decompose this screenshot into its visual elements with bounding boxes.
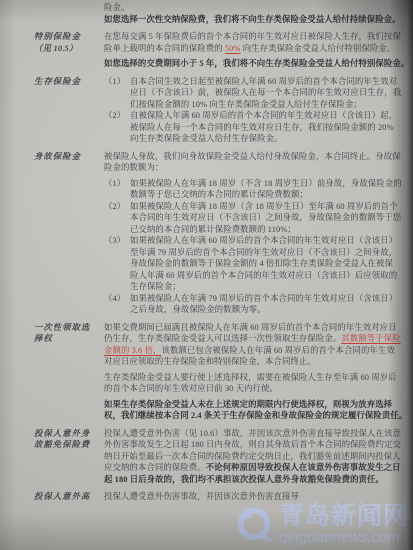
body-text: 如果被保险人在年满 18 周岁（含 18 周岁生日）至年满 60 周岁后的首个 <box>130 202 398 211</box>
text-line: 应日（不含该日）前，被保险人在每一个本合同的年生效对应日生存，我 <box>104 87 413 99</box>
text-line: 被保险人在每一个本合同的年生效对应日生存，我们按保险金额的 20% <box>104 122 413 134</box>
text-line: （2）自被保险人年满 60 周岁后的首个本合同的年生效对应日（含该日）起， <box>104 110 413 122</box>
item-number: （1） <box>104 178 130 190</box>
section-body: 投保人遭受意外伤害（见 10.6）事故，并因该次意外伤害直接导致投保人在该意外伤… <box>104 428 413 486</box>
red-annotated-text: 50% <box>225 44 241 53</box>
emphasized-text: 如果生存类保险金受益人未在上述规定的期限内行使选择权，则视为放弃选择 <box>104 400 392 409</box>
text-line: 险人年满 60 周岁后的首个本合同的年生效对应日（含该日）后应领取的 <box>104 270 413 282</box>
text-line: 生存类保险金受益人要行使上述选择权，需要在被保险人生存至年满 60 周岁后 <box>104 372 413 384</box>
emphasized-text: 不论何种原因导致投保人在该意外伤害事故发生之日 <box>206 463 401 472</box>
body-text: 们按保险金额的 10% 向生存类保险金受益人给付生存保险金； <box>130 100 362 109</box>
section-label-line: 一次性领取选 <box>34 322 104 334</box>
body-text: 如果被保险人在年满 18 周岁（不含 18 周岁生日）前身故，身故保险金的 <box>130 179 402 188</box>
watermark-url: qingdaonews.com <box>279 530 409 545</box>
red-annotated-text: 其数额等于保险 <box>341 334 400 343</box>
body-text: 之后身故，身故保险金的数额为零。 <box>130 305 266 314</box>
body-text: 纳日开始至最后一次本合同的保险费约定交纳日止，我们豁免前述期间内投保人 <box>104 452 401 461</box>
section-row: 一次性领取选择权如果交费期间已届满且被保险人在年满 60 周岁后的首个本合同的年… <box>0 322 413 422</box>
text-line: 对应日应领取的生存保险金和特别保险金，本合同终止。 <box>104 356 413 368</box>
body-text: 身故保险金的数额等于保险金额的 4 倍扣除生存类保险金受益人在被保 <box>130 259 393 268</box>
body-text: 被保险人在每一个本合同的年生效对应日生存，我们按保险金额的 20% <box>130 123 394 132</box>
body-text: 应交纳的本合同的保险费。 <box>104 463 206 472</box>
body-text: 自本合同生效之日起至被保险人年满 60 周岁后的首个本合同的年生效对 <box>130 77 397 86</box>
text-line: 如您选择一次性交纳保险费，我们将不向生存类保险金受益人给付持续保险金。 <box>104 14 413 26</box>
text-line: （3）如果被保险人在年满 60 周岁后的首个本合同的年生效对应日（含该日） <box>104 235 413 247</box>
body-text: 自被保险人年满 60 周岁后的首个本合同的年生效对应日（含该日）起， <box>130 111 397 120</box>
body-text: 的首个本合同的年生效对应日前 30 天内行使。 <box>104 384 278 393</box>
section-row: 投保人意外身故豁免保险费投保人遭受意外伤害（见 10.6）事故，并因该次意外伤害… <box>0 428 413 486</box>
body-text: 如果被保险人在年满 60 周岁后的首个本合同的年生效对应日（含该日） <box>130 236 397 245</box>
text-line: 数额等于您已交纳的本合同的累计保险费数额； <box>104 189 413 201</box>
text-line: 权，我们继续按本合同 2.4 条关于生存保险金和身故保险金的规定履行保险责任。 <box>104 410 413 422</box>
text-line: 生存保险金； <box>104 281 413 293</box>
body-text: 仍生存，生存类保险金受益人可以选择一次性领取生存保险金。 <box>104 334 341 343</box>
section-body: 投保人遭受意外伤害事故，并因该次意外伤害直接导 <box>104 491 413 503</box>
text-line: （4）如果被保险人在年满 79 周岁后的首个本合同的年生效对应日（含该日） <box>104 293 413 305</box>
body-text: 该数额已包含被保险人在年满 60 周岁后的首个本合同的年生效 <box>162 346 395 355</box>
body-text: 向生存类保险金受益人给付生存保险金。 <box>130 134 283 143</box>
text-line: 金额的 3.6 倍，该数额已包含被保险人在年满 60 周岁后的首个本合同的年生效 <box>104 345 413 357</box>
section-body: 在您每交满 5 年保险费后的首个本合同的年生效对应日被保险人生存，我们按保险单上… <box>104 31 413 70</box>
text-line: 险金。 <box>104 2 413 14</box>
text-line: （1）自本合同生效之日起至被保险人年满 60 周岁后的首个本合同的年生效对 <box>104 76 413 88</box>
text-line: （2）如果被保险人在年满 18 周岁（含 18 周岁生日）至年满 60 周岁后的… <box>104 201 413 213</box>
body-text: 在您每交满 5 年保险费后的首个本合同的年生效对应日被保险人生存，我们按保 <box>104 32 401 41</box>
text-line: 险单上载明的本合同的保险费的 50% 向生存类保险金受益人给付特别保险金。 <box>104 43 413 55</box>
section-row: 身故保险金被保险人身故，我们向身故保险金受益人给付身故保险金，本合同终止。身故保… <box>0 151 413 316</box>
emphasized-text: 如您选择的交费期间小于 5 年，我们将不向生存类保险金受益人给付特别保险金。 <box>104 59 409 68</box>
body-text: 外伤害事故发生之日起 180 日内身故，则自其身故后首个本合同的保险费约定交 <box>104 440 401 449</box>
body-text: 数额等于您已交纳的本合同的累计保险费数额； <box>130 190 308 199</box>
body-text: 险金。 <box>104 3 129 12</box>
body-text: 生存类保险金受益人要行使上述选择权，需要在被保险人生存至年满 60 周岁后 <box>104 373 397 382</box>
item-number: （4） <box>104 293 130 305</box>
section-body: 险金。如您选择一次性交纳保险费，我们将不向生存类保险金受益人给付持续保险金。 <box>104 2 413 25</box>
text-line: 已交纳的本合同的累计保险费数额的 110%； <box>104 224 413 236</box>
text-line: 本合同的年生效对应日（不含该日）之间身故，身故保险金的数额等于您 <box>104 212 413 224</box>
text-line: 之后身故，身故保险金的数额为零。 <box>104 304 413 316</box>
text-line: 应交纳的本合同的保险费。不论何种原因导致投保人在该意外伤害事故发生之日 <box>104 462 413 474</box>
body-text: 本合同的年生效对应日（不含该日）之间身故，身故保险金的数额等于您 <box>130 213 401 222</box>
text-line: 被保险人身故，我们向身故保险金受益人给付身故保险金，本合同终止。身故保 <box>104 151 413 163</box>
section-body: 如果交费期间已届满且被保险人在年满 60 周岁后的首个本合同的年生效对应日仍生存… <box>104 322 413 422</box>
body-text: 对应日应领取的生存保险金和特别保险金，本合同终止。 <box>104 357 316 366</box>
body-text: 险金的数额为： <box>104 163 163 172</box>
item-number: （2） <box>104 110 130 122</box>
section-label: 生存保险金 <box>0 76 104 88</box>
section-body: （1）自本合同生效之日起至被保险人年满 60 周岁后的首个本合同的年生效对应日（… <box>104 76 413 145</box>
document-photo: 险金。如您选择一次性交纳保险费，我们将不向生存类保险金受益人给付持续保险金。特别… <box>0 0 413 550</box>
text-line: 如您选择的交费期间小于 5 年，我们将不向生存类保险金受益人给付特别保险金。 <box>104 58 413 70</box>
body-text: 如果交费期间已届满且被保险人在年满 60 周岁后的首个本合同的年生效对应日 <box>104 323 397 332</box>
text-line: 在您每交满 5 年保险费后的首个本合同的年生效对应日被保险人生存，我们按保 <box>104 31 413 43</box>
emphasized-text: 如您选择一次性交纳保险费，我们将不向生存类保险金受益人给付持续保险金。 <box>104 15 401 24</box>
body-text: 向生存类保险金受益人给付特别保险金。 <box>241 44 396 53</box>
section-row: 险金。如您选择一次性交纳保险费，我们将不向生存类保险金受益人给付持续保险金。 <box>0 2 413 25</box>
section-body: 被保险人身故，我们向身故保险金受益人给付身故保险金，本合同终止。身故保险金的数额… <box>104 151 413 316</box>
document-body: 险金。如您选择一次性交纳保险费，我们将不向生存类保险金受益人给付持续保险金。特别… <box>0 0 413 503</box>
text-line: 如果交费期间已届满且被保险人在年满 60 周岁后的首个本合同的年生效对应日 <box>104 322 413 334</box>
text-line: 如果生存类保险金受益人未在上述规定的期限内行使选择权，则视为放弃选择 <box>104 399 413 411</box>
section-label-line: 投保人意外身 <box>34 428 104 440</box>
body-text: 被保险人身故，我们向身故保险金受益人给付身故保险金，本合同终止。身故保 <box>104 152 401 161</box>
text-line: 的首个本合同的年生效对应日前 30 天内行使。 <box>104 383 413 395</box>
text-line: 们按保险金额的 10% 向生存类保险金受益人给付生存保险金； <box>104 99 413 111</box>
section-label: 投保人意外身故豁免保险费 <box>0 428 104 451</box>
section-row: 特别保险金（见 10.5）在您每交满 5 年保险费后的首个本合同的年生效对应日被… <box>0 31 413 70</box>
qingdaonews-logo-icon <box>233 502 277 546</box>
emphasized-text: 起 180 日后身故的，我们均不承担该次投保人意外身故豁免保险费的责任。 <box>104 475 384 484</box>
body-text: 生存保险金； <box>130 282 181 291</box>
text-line: 险金的数额为： <box>104 162 413 174</box>
body-text: 已交纳的本合同的累计保险费数额的 110%； <box>130 225 296 234</box>
body-text: 至年满 79 周岁后的首个本合同的年生效对应日（不含该日）之间身故， <box>130 248 397 257</box>
section-row: 投保人意外高投保人遭受意外伤害事故，并因该次意外伤害直接导 <box>0 491 413 503</box>
body-text: 投保人遭受意外伤害（见 10.6）事故，并因该次意外伤害直接导致投保人在该意 <box>104 429 401 438</box>
watermark-text: 青岛新闻网 qingdaonews.com <box>279 504 409 545</box>
item-number: （3） <box>104 235 130 247</box>
section-label-line: 投保人意外高 <box>34 491 104 503</box>
text-line: 投保人遭受意外伤害（见 10.6）事故，并因该次意外伤害直接导致投保人在该意 <box>104 428 413 440</box>
section-label-line: 故豁免保险费 <box>34 439 104 451</box>
item-number: （2） <box>104 201 130 213</box>
text-line: 起 180 日后身故的，我们均不承担该次投保人意外身故豁免保险费的责任。 <box>104 474 413 486</box>
text-line: 向生存类保险金受益人给付生存保险金。 <box>104 133 413 145</box>
text-line: 至年满 79 周岁后的首个本合同的年生效对应日（不含该日）之间身故， <box>104 247 413 259</box>
text-line: 身故保险金的数额等于保险金额的 4 倍扣除生存类保险金受益人在被保 <box>104 258 413 270</box>
section-label-line: 身故保险金 <box>34 151 104 163</box>
body-text: 如果被保险人在年满 79 周岁后的首个本合同的年生效对应日（含该日） <box>130 294 397 303</box>
body-text: 险人年满 60 周岁后的首个本合同的年生效对应日（含该日）后应领取的 <box>130 271 397 280</box>
section-row: 生存保险金（1）自本合同生效之日起至被保险人年满 60 周岁后的首个本合同的年生… <box>0 76 413 145</box>
item-number: （1） <box>104 76 130 88</box>
body-text: 投保人遭受意外伤害事故，并因该次意外伤害直接导 <box>104 492 299 501</box>
section-label: 特别保险金（见 10.5） <box>0 31 104 54</box>
text-line: 外伤害事故发生之日起 180 日内身故，则自其身故后首个本合同的保险费约定交 <box>104 439 413 451</box>
section-label-line: 特别保险金 <box>34 31 104 43</box>
text-line: （1）如果被保险人在年满 18 周岁（不含 18 周岁生日）前身故，身故保险金的 <box>104 178 413 190</box>
body-text: 险单上载明的本合同的保险费的 <box>104 44 225 53</box>
section-label: 身故保险金 <box>0 151 104 163</box>
section-label-line: 择权 <box>34 333 104 345</box>
section-label-line: 生存保险金 <box>34 76 104 88</box>
text-line: 投保人遭受意外伤害事故，并因该次意外伤害直接导 <box>104 491 413 503</box>
red-annotated-text: 金额的 3.6 倍， <box>104 346 162 355</box>
watermark-title: 青岛新闻网 <box>279 504 409 529</box>
section-label-line: （见 10.5） <box>34 43 104 55</box>
text-line: 仍生存，生存类保险金受益人可以选择一次性领取生存保险金。其数额等于保险 <box>104 333 413 345</box>
section-label: 投保人意外高 <box>0 491 104 503</box>
emphasized-text: 权，我们继续按本合同 2.4 条关于生存保险金和身故保险金的规定履行保险责任。 <box>104 411 407 420</box>
section-label: 一次性领取选择权 <box>0 322 104 345</box>
body-text: 应日（不含该日）前，被保险人在每一个本合同的年生效对应日生存，我 <box>130 88 401 97</box>
watermark: 青岛新闻网 qingdaonews.com <box>233 502 409 546</box>
text-line: 纳日开始至最后一次本合同的保险费约定交纳日止，我们豁免前述期间内投保人 <box>104 451 413 463</box>
